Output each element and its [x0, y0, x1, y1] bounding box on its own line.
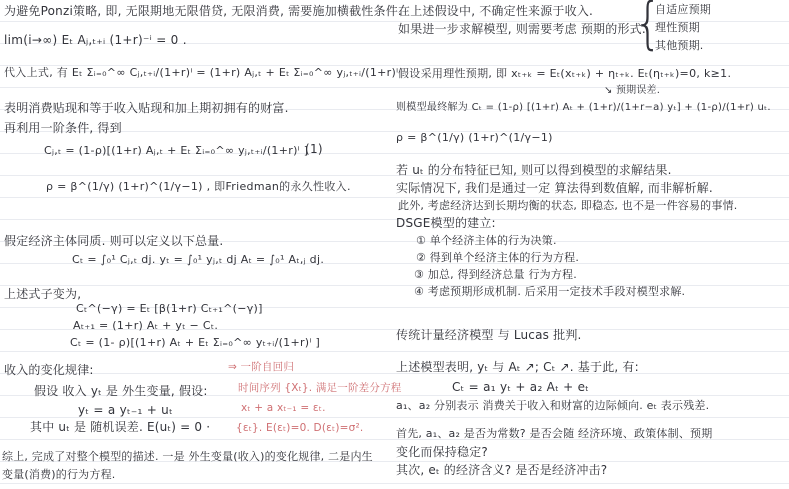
lucas-critique-heading: 传统计量经济模型 与 Lucas 批判. [396, 328, 582, 343]
aggregate-definitions-formula: Cₜ = ∫₀¹ Cⱼ,ₜ dj. yₜ = ∫₀¹ yⱼ,ₜ dj Aₜ = … [72, 253, 324, 267]
model-summary-line-2: 变量(消费)的行为方程. [2, 468, 115, 482]
ar1-difference-equation: xₜ + a xₜ₋₁ = εₜ. [241, 402, 326, 415]
expectation-form-note: 如果进一步求解模型, 则需要考虑 预期的形式. [398, 22, 646, 37]
model-summary-line-1: 综上, 完成了对整个模型的描述. 一是 外生变量(收入)的变化规律, 二是内生 [2, 450, 373, 464]
substitution-formula-line: 代入上式, 有 Eₜ Σᵢ₌₀^∞ Cⱼ,ₜ₊ᵢ/(1+r)ⁱ = (1+r) … [4, 66, 398, 80]
dsge-step-3: ③ 加总, 得到经济总量 行为方程. [414, 268, 577, 282]
transversality-intro-line: 为避免Ponzi策略, 即, 无限期地无限借贷, 无限消费, 需要施加横截性条件… [4, 4, 402, 19]
expectation-error-label: ↘ 预期误差. [604, 85, 660, 98]
model-implication-note: 上述模型表明, yₜ 与 Aₜ ↗; Cₜ ↗. 基于此, 有: [396, 360, 639, 375]
random-error-note: 其中 uₜ 是 随机误差. E(uₜ) = 0 · [30, 420, 210, 435]
dsge-heading: DSGE模型的建立: [396, 216, 496, 231]
model-solution-formula: 则模型最终解为 Cₜ = (1-ρ) [(1+r) Aₜ + (1+r)/(1+… [396, 102, 771, 115]
first-order-condition-note: 再利用一阶条件, 得到 [4, 121, 122, 136]
expectation-type-other: 其他预期. [655, 39, 704, 53]
homogeneous-agents-note: 假定经济主体同质. 则可以定义以下总量. [4, 234, 223, 249]
coefficients-meaning-note: a₁、a₂ 分别表示 消费关于收入和财富的边际倾向. eₜ 表示残差. [396, 399, 709, 413]
transversality-condition-formula: lim(i→∞) Eₜ Aⱼ,ₜ₊ᵢ (1+r)⁻ⁱ = 0 . [4, 33, 187, 48]
question-coefficients-line-1: 首先, a₁、a₂ 是否为常数? 是否会随 经济环境、政策体制、预期 [396, 427, 712, 441]
exogenous-income-assumption: 假设 收入 yₜ 是 外生变量, 假设: [34, 384, 208, 399]
numerical-solution-note: 实际情况下, 我们是通过一定 算法得到数值解, 而非解析解. [396, 181, 713, 196]
dsge-step-1: ① 单个经济主体的行为决策. [416, 234, 557, 248]
income-ar1-formula: yₜ = a yₜ₋₁ + uₜ [78, 403, 173, 418]
ar1-annotation-line: 时间序列 {Xₜ}. 满足一阶差分方程 [238, 382, 401, 395]
aggregate-consumption-formula: Cₜ = (1- ρ)[(1+r) Aₜ + Eₜ Σᵢ₌₀^∞ yₜ₊ᵢ/(1… [70, 336, 320, 350]
discounted-consumption-note: 表明消费贴现和等于收入贴现和加上期初拥有的财富. [4, 101, 289, 116]
distribution-known-note: 若 uₜ 的分布特征已知, 则可以得到模型的求解结果. [396, 163, 672, 178]
expectation-type-rational: 理性预期 [655, 21, 700, 35]
question-residual: 其次, eₜ 的经济含义? 是否是经济冲击? [396, 463, 607, 478]
steady-state-note: 此外, 考虑经济达到长期均衡的状态, 即稳态, 也不是一件容易的事情. [398, 199, 737, 213]
consumption-regression-formula: Cₜ = a₁ yₜ + a₂ Aₜ + eₜ [452, 380, 589, 395]
ar1-error-moments: {εₜ}. E(εₜ)=0. D(εₜ)=σ². [236, 422, 363, 435]
dsge-step-4: ④ 考虑预期形成机制. 后采用一定技术手段对模型求解. [414, 285, 685, 299]
equation-number: (1) [305, 142, 323, 157]
rational-expectation-formula: 假设采用理性预期, 即 xₜ₊ₖ = Eₜ(xₜ₊ₖ) + ηₜ₊ₖ. Eₜ(η… [398, 67, 731, 81]
rho-definition-formula: ρ = β^(1/γ) (1+r)^(1/γ−1) [396, 131, 553, 145]
consumption-function-formula: Cⱼ,ₜ = (1-ρ)[(1+r) Aⱼ,ₜ + Eₜ Σᵢ₌₀^∞ yⱼ,ₜ… [44, 144, 308, 158]
permanent-income-formula: ρ = β^(1/γ) (1+r)^(1/γ−1) , 即Friedman的永久… [46, 180, 351, 194]
asset-accumulation-formula: Aₜ₊₁ = (1+r) Aₜ + yₜ − Cₜ. [73, 319, 218, 333]
expectation-type-adaptive: 自适应预期 [655, 3, 711, 17]
equations-become-note: 上述式子变为, [4, 287, 81, 302]
ar1-annotation-arrow: ⇒ 一阶自回归 [228, 361, 294, 374]
uncertainty-source-note: 在上述假设中, 不确定性来源于收入. [398, 4, 593, 19]
income-process-heading: 收入的变化规律: [4, 363, 94, 378]
handwritten-notes-page: 为避免Ponzi策略, 即, 无限期地无限借贷, 无限消费, 需要施加横截性条件… [0, 0, 789, 489]
dsge-step-2: ② 得到单个经济主体的行为方程. [416, 251, 579, 265]
question-coefficients-line-2: 变化而保持稳定? [396, 445, 488, 460]
euler-equation-formula: Cₜ^(−γ) = Eₜ [β(1+r) Cₜ₊₁^(−γ)] [76, 302, 263, 316]
